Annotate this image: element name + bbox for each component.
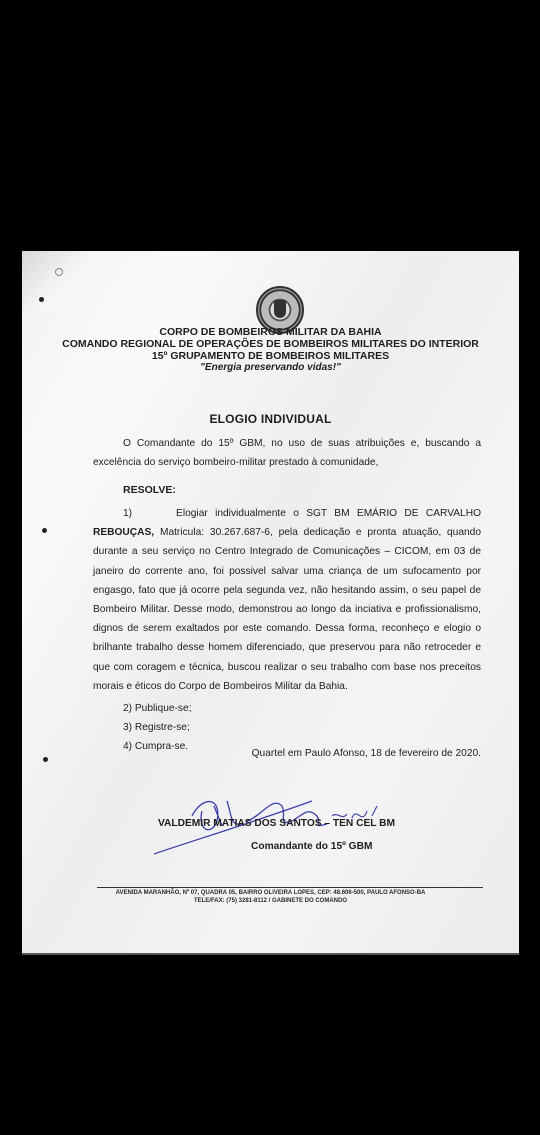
letterhead-line-2: COMANDO REGIONAL DE OPERAÇÕES DE BOMBEIR… [22,338,519,350]
item-1-number: 1) [123,508,132,519]
footer-divider [97,887,483,888]
item-4: 4) Cumpra-se. [123,741,188,752]
item-2: 2) Publique-se; [123,703,192,714]
intro-paragraph: O Comandante do 15º GBM, no uso de suas … [93,434,481,472]
footer-contact: TELE/FAX: (75) 3281-8112 / GABINETE DO C… [22,897,519,905]
staple-hole-mark [42,528,47,533]
punch-mark [55,268,63,276]
item-3: 3) Registre-se; [123,722,190,733]
page-fold-corner [22,251,82,311]
staple-hole-mark [39,297,44,302]
staple-hole-mark [43,757,48,762]
place-date: Quartel em Paulo Afonso, 18 de fevereiro… [252,748,481,759]
document-title: ELOGIO INDIVIDUAL [22,412,519,426]
letterhead-motto: "Energia preservando vidas!" [22,362,519,374]
document-page: CORPO DE BOMBEIROS MILITAR DA BAHIA COMA… [22,251,519,955]
item-1-body: Matricula: 30.267.687-6, pela dedicação … [93,527,481,692]
resolve-label: RESOLVE: [123,484,176,496]
item-1-paragraph: 1) Elogiar individualmente o SGT BM EMÁR… [93,504,481,696]
item-1-lead: Elogiar individualmente o SGT BM EMÁRIO … [176,508,481,519]
letterhead-line-1: CORPO DE BOMBEIROS MILITAR DA BAHIA [22,326,519,338]
honoree-surname: REBOUÇAS, [93,527,154,538]
signatory-role: Comandante do 15º GBM [251,841,372,852]
signatory-name: VALDEMIR MATIAS DOS SANTOS – TEN CEL BM [158,818,395,829]
letterhead-line-3: 15º GRUPAMENTO DE BOMBEIROS MILITARES [22,350,519,362]
footer-address: AVENIDA MARANHÃO, Nº 07, QUADRA 05, BAIR… [22,889,519,897]
